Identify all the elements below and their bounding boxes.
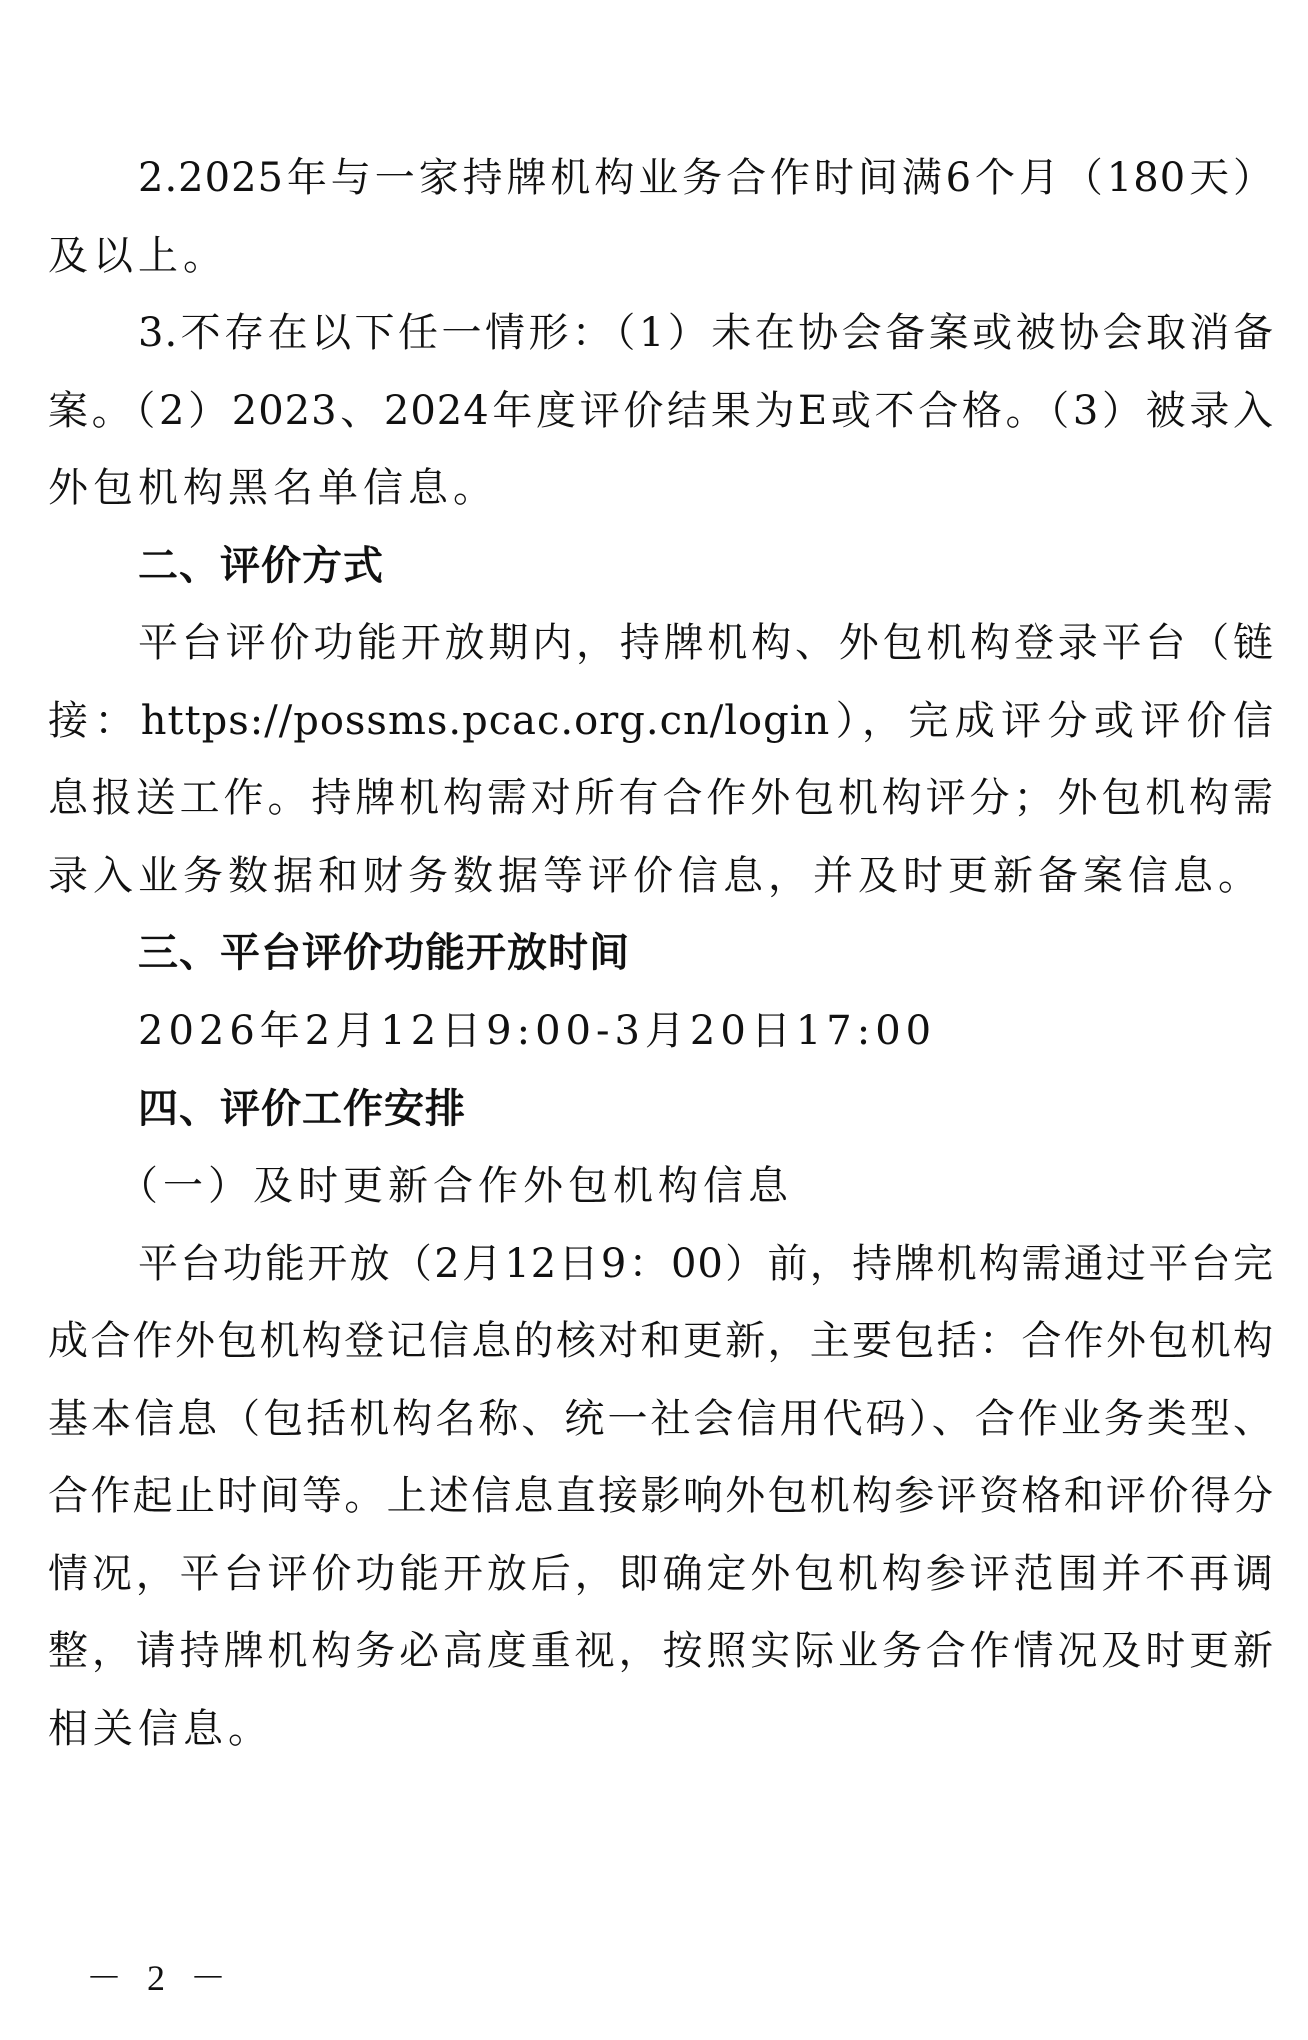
section-heading: 二、评价方式: [48, 528, 1274, 606]
paragraph-line: 成合作外包机构登记信息的核对和更新，主要包括：合作外包机构: [48, 1303, 1274, 1381]
page-number: － 2 －: [86, 1950, 234, 2001]
paragraph-line: 整，请持牌机构务必高度重视，按照实际业务合作情况及时更新: [48, 1613, 1274, 1691]
paragraph-line: 相关信息。: [48, 1691, 1274, 1769]
paragraph-line: 及以上。: [48, 218, 1274, 296]
paragraph-line: 平台功能开放（2月12日9：00）前，持牌机构需通过平台完: [48, 1226, 1274, 1304]
paragraph-line: 2.2025年与一家持牌机构业务合作时间满6个月（180天）: [48, 140, 1274, 218]
paragraph-line: 平台评价功能开放期内，持牌机构、外包机构登录平台（链: [48, 605, 1274, 683]
paragraph-line: 3.不存在以下任一情形：（1）未在协会备案或被协会取消备: [48, 295, 1274, 373]
paragraph-line: 案。（2）2023、2024年度评价结果为E或不合格。（3）被录入: [48, 373, 1274, 451]
section-heading: 四、评价工作安排: [48, 1071, 1274, 1149]
schedule-line: 2026年2月12日9:00-3月20日17:00: [48, 993, 1274, 1071]
paragraph-line: 合作起止时间等。上述信息直接影响外包机构参评资格和评价得分: [48, 1458, 1274, 1536]
paragraph-line-with-link: 接：https://possms.pcac.org.cn/login），完成评分…: [48, 683, 1274, 761]
paragraph-line: 情况，平台评价功能开放后，即确定外包机构参评范围并不再调: [48, 1536, 1274, 1614]
document-page: 2.2025年与一家持牌机构业务合作时间满6个月（180天） 及以上。 3.不存…: [48, 140, 1274, 1768]
paragraph-line: 录入业务数据和财务数据等评价信息，并及时更新备案信息。: [48, 838, 1274, 916]
paragraph-line: 基本信息（包括机构名称、统一社会信用代码）、合作业务类型、: [48, 1381, 1274, 1459]
section-heading: 三、平台评价功能开放时间: [48, 915, 1274, 993]
subsection-heading: （一）及时更新合作外包机构信息: [48, 1148, 1274, 1226]
paragraph-line: 息报送工作。持牌机构需对所有合作外包机构评分；外包机构需: [48, 760, 1274, 838]
paragraph-line: 外包机构黑名单信息。: [48, 450, 1274, 528]
